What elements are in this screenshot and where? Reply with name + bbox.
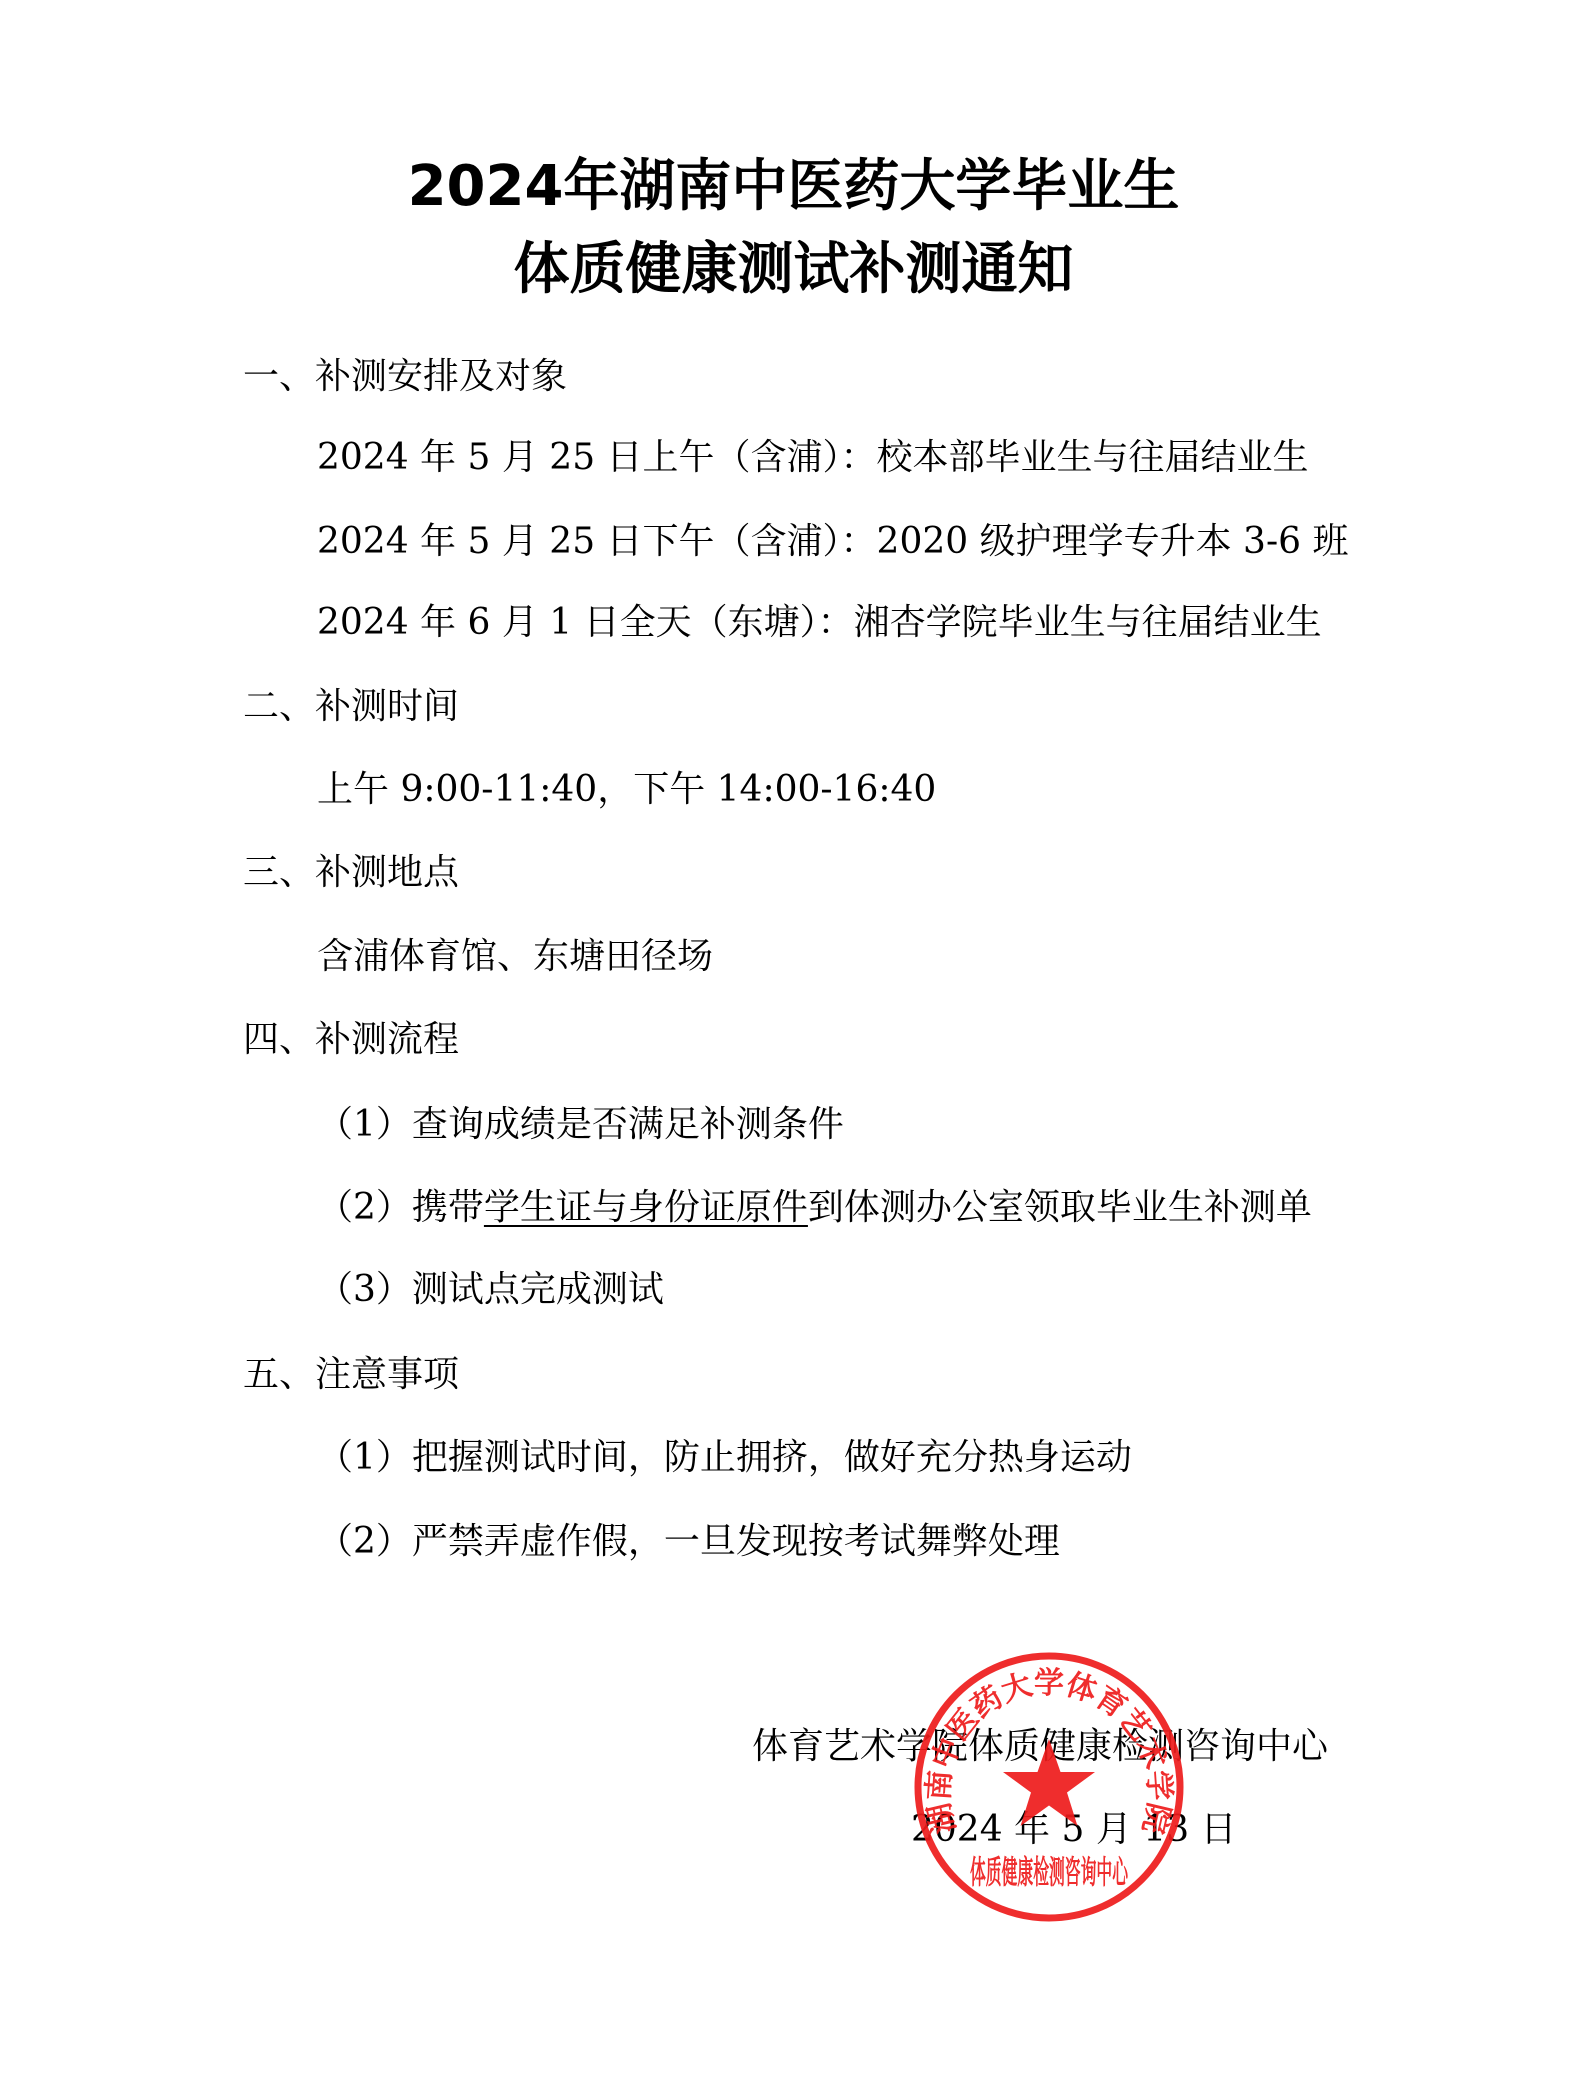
- required-documents-underlined: 学生证与身份证原件: [484, 1187, 808, 1228]
- location-line: 含浦体育馆、东塘田径场: [317, 935, 713, 979]
- schedule-line: 2024 年 5 月 25 日上午（含浦）：校本部毕业生与往届结业生: [317, 436, 1309, 480]
- process-step: （2）携带学生证与身份证原件到体测办公室领取毕业生补测单: [317, 1186, 1312, 1230]
- star-icon: [1003, 1739, 1095, 1826]
- document-title-line-1: 2024年湖南中医药大学毕业生: [0, 155, 1587, 219]
- section-heading-process: 四、补测流程: [243, 1018, 459, 1062]
- official-seal: 湖南中医药大学体育艺术学院 体质健康检测咨询中心: [913, 1651, 1185, 1923]
- section-heading-location: 三、补测地点: [243, 851, 459, 895]
- process-step-prefix: （2）携带: [317, 1187, 484, 1228]
- document-title-line-2: 体质健康测试补测通知: [0, 238, 1587, 302]
- process-step: （3）测试点完成测试: [317, 1268, 664, 1312]
- section-heading-arrangement: 一、补测安排及对象: [243, 355, 567, 399]
- note-line: （1）把握测试时间，防止拥挤，做好充分热身运动: [317, 1436, 1132, 1480]
- section-heading-notes: 五、注意事项: [243, 1353, 459, 1397]
- process-step-suffix: 到体测办公室领取毕业生补测单: [808, 1187, 1312, 1228]
- process-step: （1）查询成绩是否满足补测条件: [317, 1103, 844, 1147]
- section-heading-time: 二、补测时间: [243, 685, 459, 729]
- document-page: 2024年湖南中医药大学毕业生 体质健康测试补测通知 一、补测安排及对象 202…: [0, 0, 1587, 2081]
- time-line: 上午 9:00-11:40，下午 14:00-16:40: [317, 768, 936, 812]
- schedule-line: 2024 年 5 月 25 日下午（含浦）：2020 级护理学专升本 3-6 班: [317, 520, 1348, 564]
- note-line: （2）严禁弄虚作假，一旦发现按考试舞弊处理: [317, 1520, 1060, 1564]
- schedule-line: 2024 年 6 月 1 日全天（东塘）：湘杏学院毕业生与往届结业生: [317, 601, 1322, 645]
- seal-bottom-text: 体质健康检测咨询中心: [970, 1854, 1129, 1891]
